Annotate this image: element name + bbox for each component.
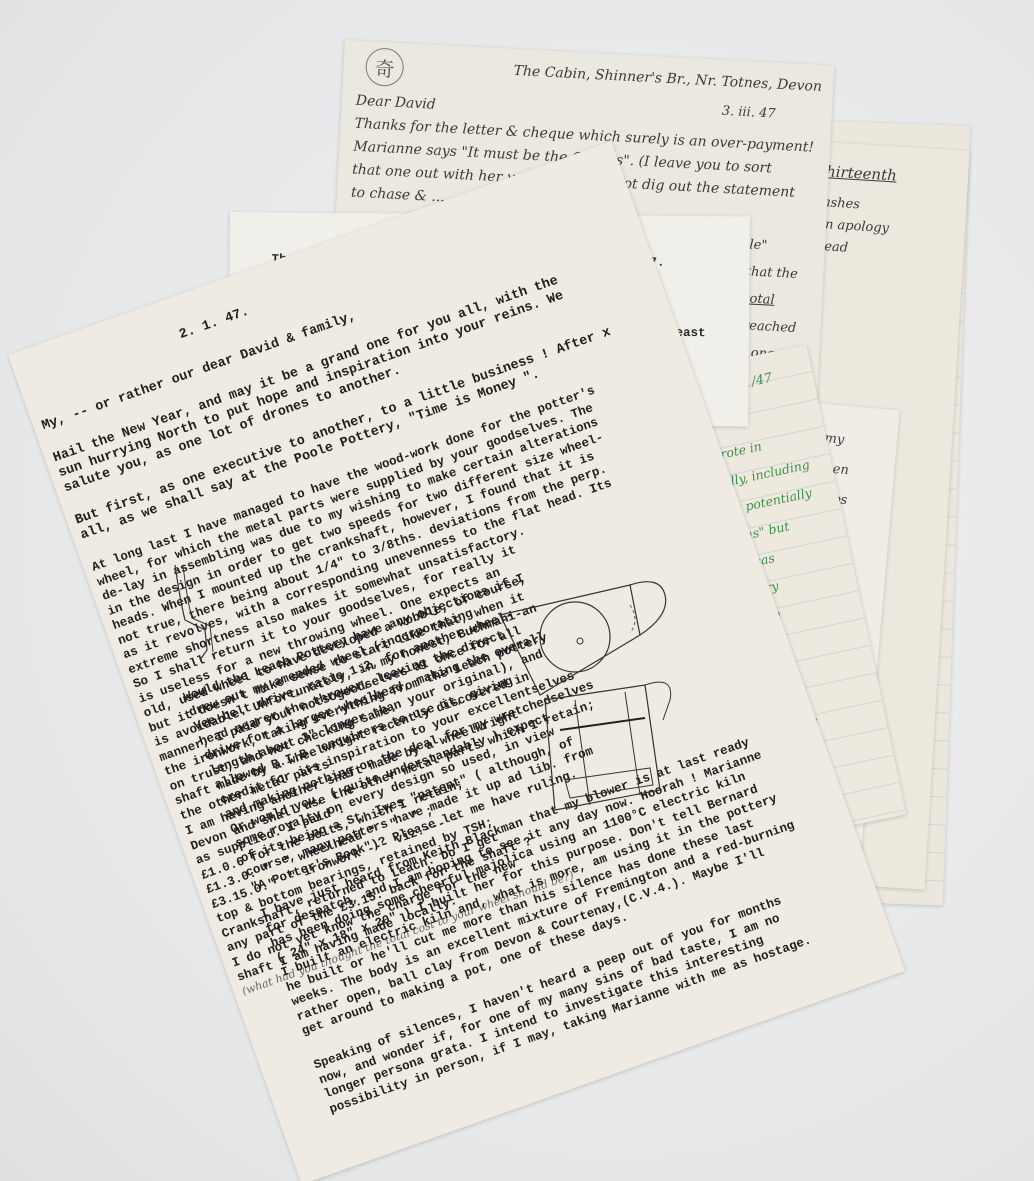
letter-date: 3. iii. 47 — [721, 104, 776, 122]
letter-salutation: Dear David — [355, 93, 436, 113]
letter-address: The Cabin, Shinner's Br., Nr. Totnes, De… — [513, 63, 822, 95]
wheel-frame-side-view-sketch — [535, 680, 685, 840]
crankshaft-profile-sketch — [165, 560, 225, 670]
seal-stamp-icon: 奇 — [365, 47, 405, 87]
